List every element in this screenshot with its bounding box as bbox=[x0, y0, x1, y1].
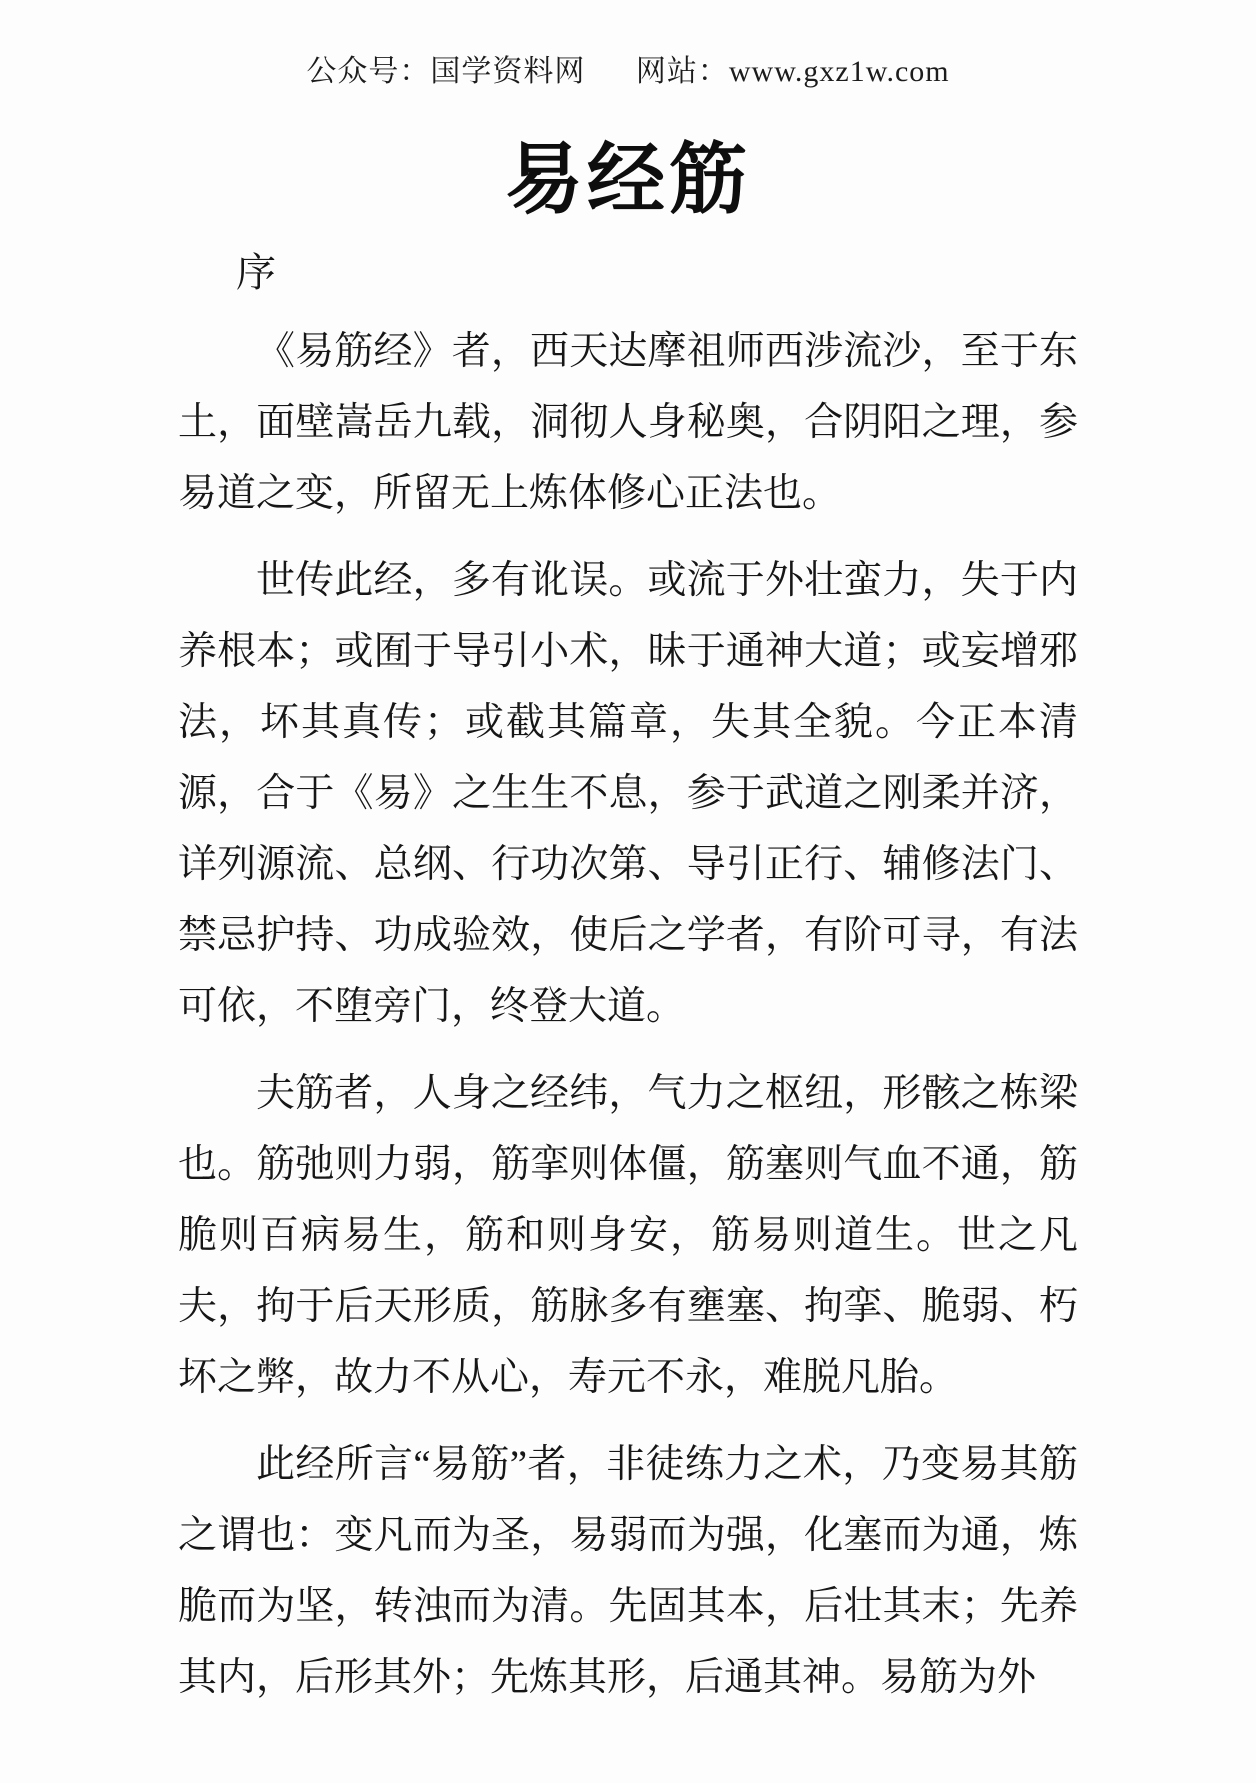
paragraph-1: 《易筋经》者，西天达摩祖师西涉流沙，至于东土，面壁嵩岳九载，洞彻人身秘奥，合阴阳… bbox=[178, 316, 1078, 529]
header-account-label: 公众号：国学资料网 bbox=[306, 46, 585, 90]
paragraph-3: 夫筋者，人身之经纬，气力之枢纽，形骸之栋梁也。筋弛则力弱，筋挛则体僵，筋塞则气血… bbox=[178, 1058, 1078, 1413]
header-site-label: 网站：www.gxz1w.com bbox=[636, 46, 950, 90]
section-heading-preface: 序 bbox=[178, 246, 1256, 300]
document-page: 公众号：国学资料网 网站：www.gxz1w.com 易经筋 序 《易筋经》者，… bbox=[0, 0, 1256, 1783]
document-body: 《易筋经》者，西天达摩祖师西涉流沙，至于东土，面壁嵩岳九载，洞彻人身秘奥，合阴阳… bbox=[178, 316, 1078, 1713]
page-title: 易经筋 bbox=[0, 136, 1256, 222]
paragraph-2: 世传此经，多有讹误。或流于外壮蛮力，失于内养根本；或囿于导引小术，昧于通神大道；… bbox=[178, 545, 1078, 1042]
paragraph-4: 此经所言“易筋”者，非徒练力之术，乃变易其筋之谓也：变凡而为圣，易弱而为强，化塞… bbox=[178, 1429, 1078, 1713]
page-header: 公众号：国学资料网 网站：www.gxz1w.com bbox=[0, 46, 1256, 90]
